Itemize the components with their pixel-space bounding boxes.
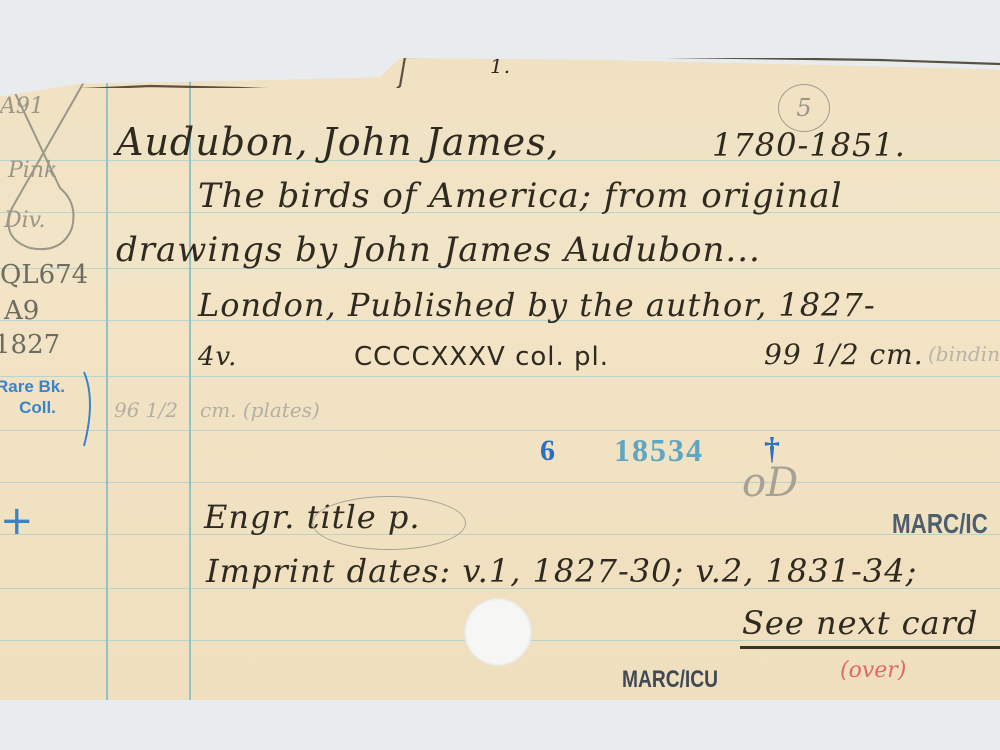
top-pencil-note: Repr rev xyxy=(242,58,330,76)
crossed-call-number-1: 6/4 xyxy=(20,62,55,87)
engraved-title-circle xyxy=(312,496,466,550)
marc-stamp-right: MARC/IC xyxy=(892,508,988,540)
rule-line xyxy=(0,430,1000,431)
binding-note: (binding) xyxy=(928,342,1000,366)
collation-plates: CCCCXXXV col. pl. xyxy=(354,342,609,372)
author-dates: 1780-1851. xyxy=(712,126,906,164)
collation-size: 99 1/2 cm. xyxy=(764,338,924,371)
call-number-class: QL674 xyxy=(0,260,88,290)
cross-out-mark xyxy=(0,58,110,258)
imprint-line: London, Published by the author, 1827- xyxy=(198,286,876,324)
collation-volumes: 4v. xyxy=(198,342,237,372)
rule-line xyxy=(0,534,1000,535)
location-stamp-line2: Coll. xyxy=(0,397,65,418)
rule-line xyxy=(0,376,1000,377)
marc-stamp-bottom: MARC/ICU xyxy=(622,666,718,694)
plates-size: 96 1/2 xyxy=(114,398,178,422)
stamp-bracket xyxy=(80,370,100,450)
imprint-dates-note: Imprint dates: v.1, 1827-30; v.2, 1831-3… xyxy=(206,552,917,590)
accession-prefix: 6 xyxy=(540,434,555,468)
author-heading: Audubon, John James, xyxy=(116,120,560,164)
side-pencil-mark: oD xyxy=(742,460,798,506)
plates-note: cm. (plates) xyxy=(200,398,320,422)
circled-number: 5 xyxy=(778,84,830,132)
location-stamp-line1: Rare Bk. xyxy=(0,376,65,397)
call-number-cutter: A9 xyxy=(4,296,39,326)
page-number: 1. xyxy=(490,58,511,78)
margin-plus-mark: + xyxy=(0,498,34,544)
call-number-year: 1827 xyxy=(0,330,60,360)
rule-line xyxy=(0,482,1000,483)
see-next-card-underline xyxy=(740,646,1000,649)
punch-hole xyxy=(464,598,532,666)
title-line-1: The birds of America; from original xyxy=(198,176,843,216)
see-next-card: See next card xyxy=(742,604,978,642)
location-stamp: Rare Bk. Coll. xyxy=(0,376,65,418)
title-line-2: drawings by John James Audubon... xyxy=(116,230,761,270)
accession-number: 18534 xyxy=(614,432,704,469)
over-note: (over) xyxy=(840,658,906,683)
